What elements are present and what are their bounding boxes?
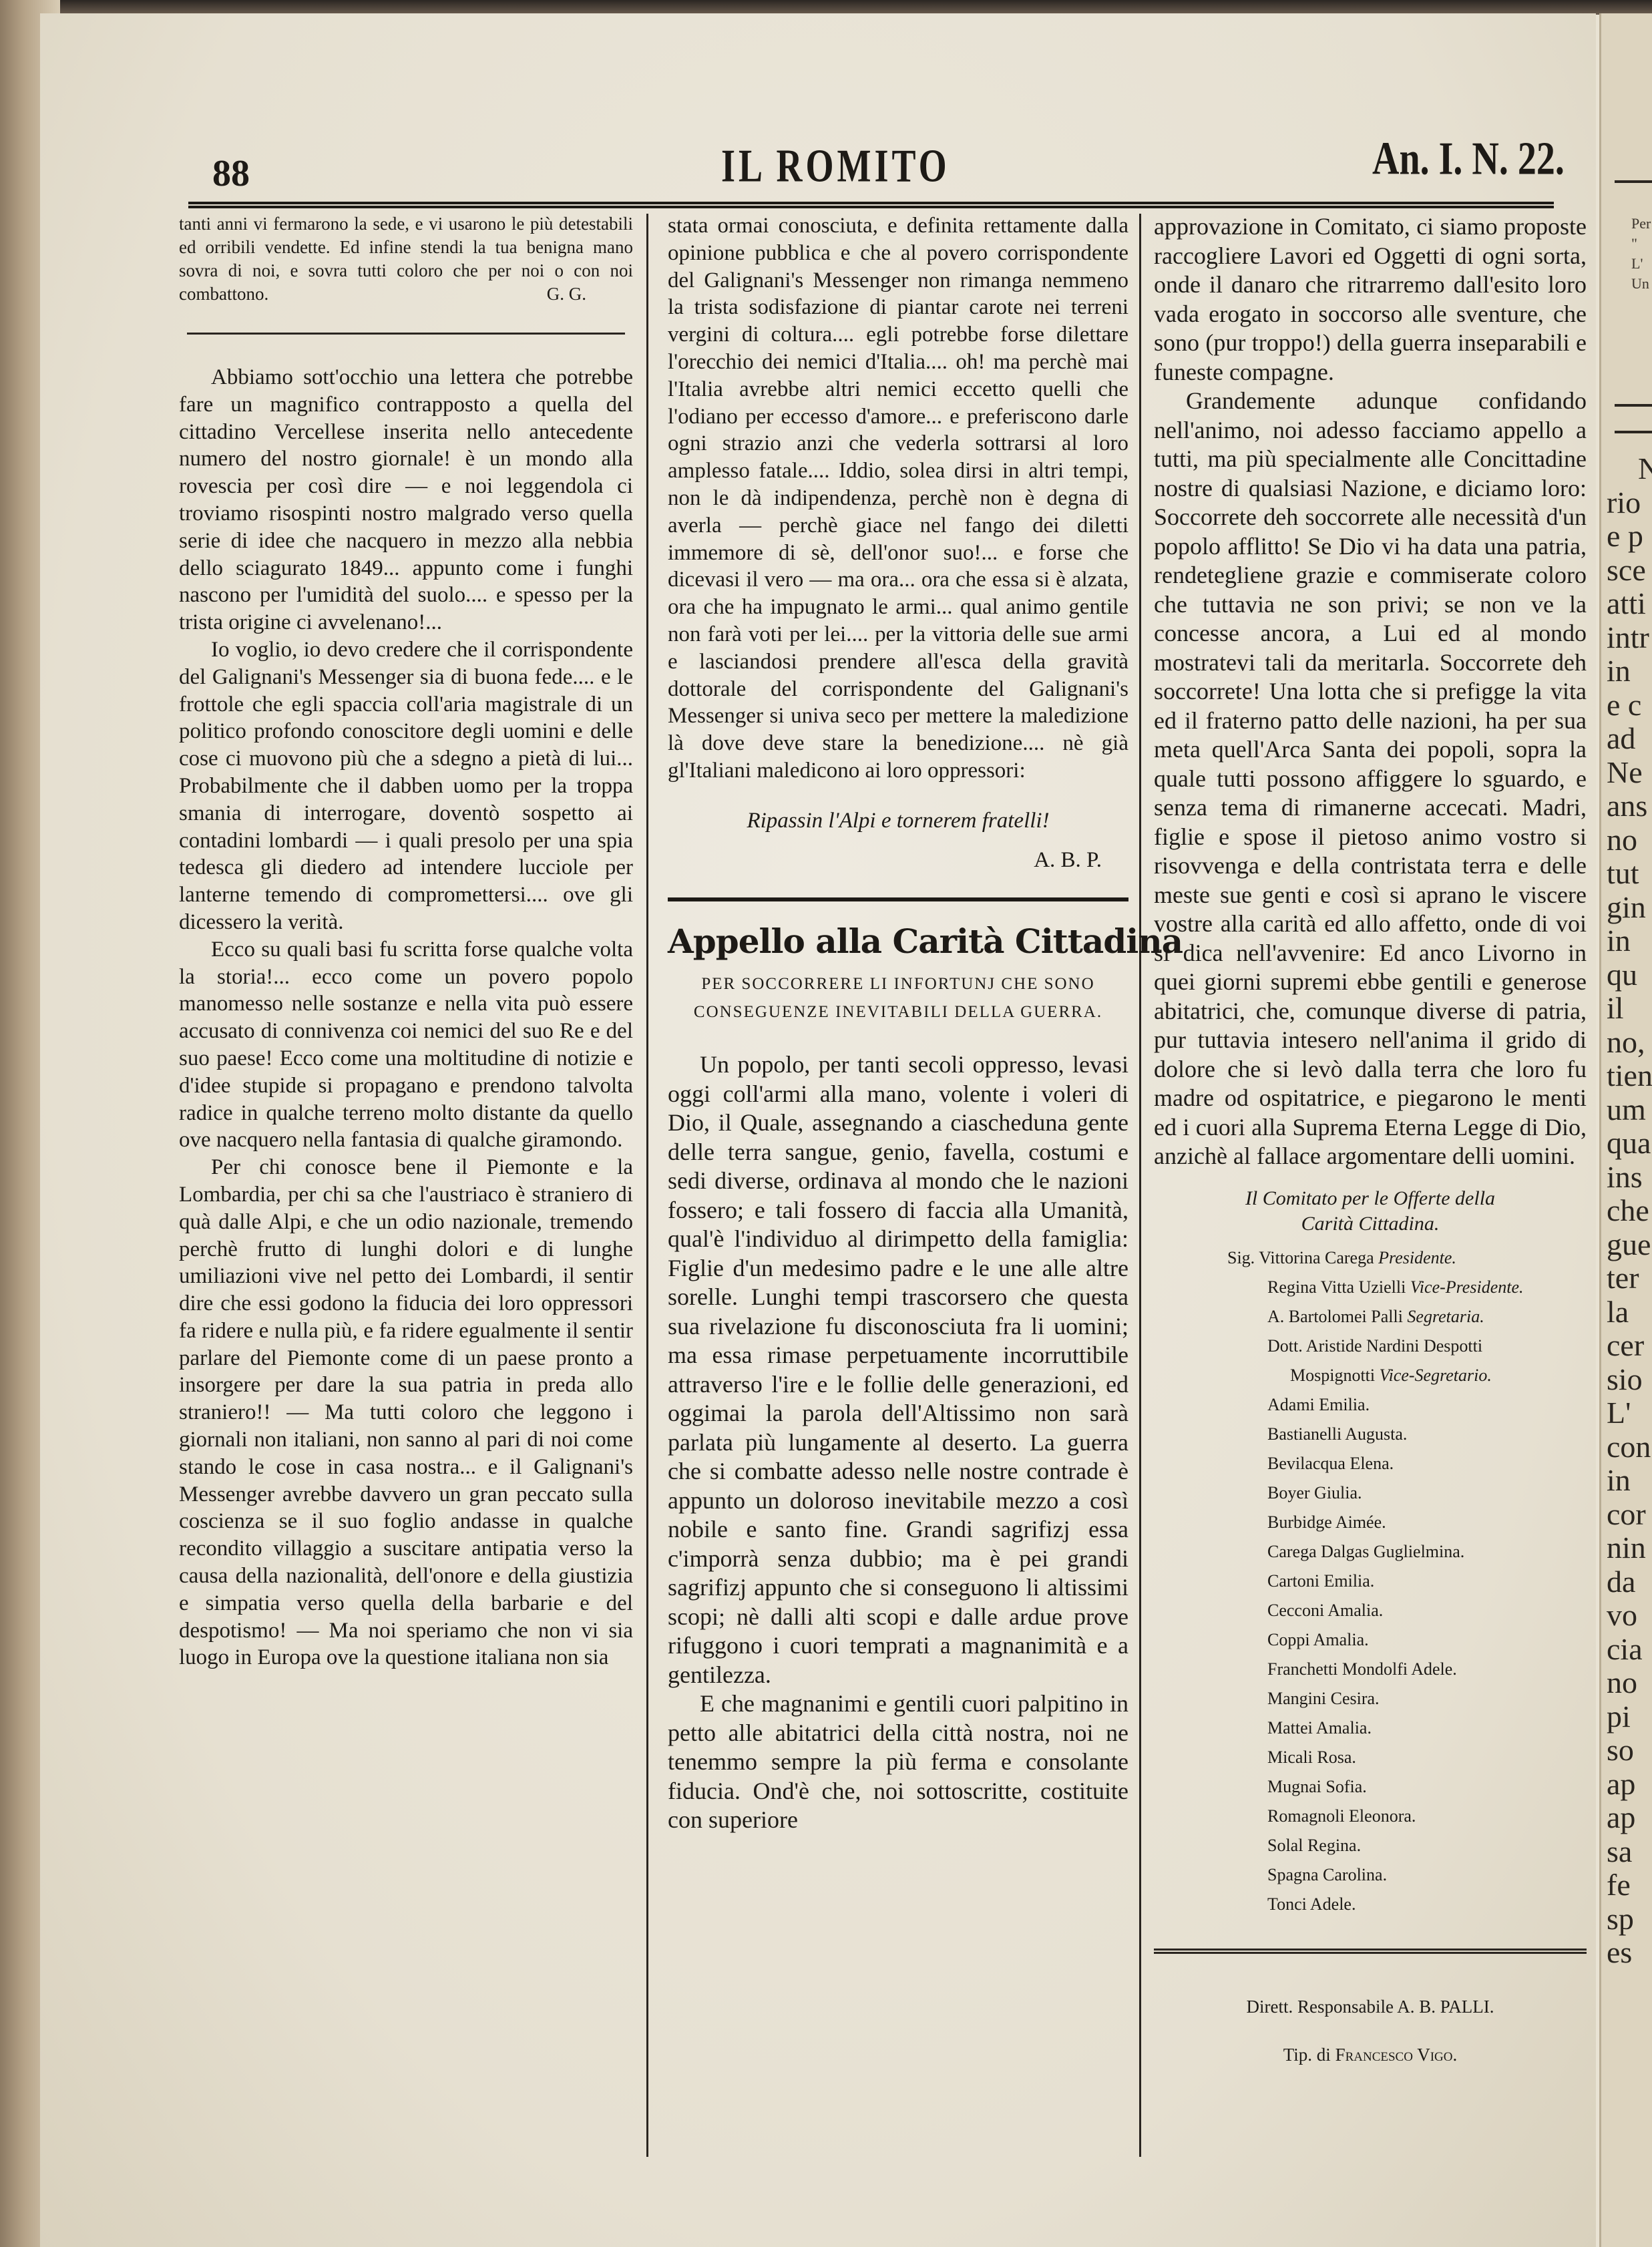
verse-quote: Ripassin l'Alpi e tornerem fratelli!	[668, 807, 1128, 835]
fragment-rule	[1615, 404, 1652, 407]
footer-double-rule	[1154, 1949, 1587, 1954]
paragraph: stata ormai conosciuta, e definita retta…	[668, 212, 1128, 785]
paragraph: Per chi conosce bene il Piemonte e la Lo…	[179, 1154, 633, 1671]
issue-number: An. I. N. 22.	[1372, 132, 1565, 186]
list-item: Sig. Vittorina Carega Presidente.	[1227, 1243, 1587, 1273]
scan-edge	[0, 0, 1652, 15]
fragment-rule	[1615, 180, 1652, 183]
paragraph: Ecco su quali basi fu scritta forse qual…	[179, 936, 633, 1154]
fragment-line: Un	[1631, 274, 1649, 294]
paragraph: E che magnanimi e gentili cuori palpitin…	[668, 1689, 1128, 1835]
article-title: Appello alla Carità Cittadina	[668, 922, 1128, 961]
responsible-director: Dirett. Responsabile A. B. PALLI.	[1154, 1995, 1587, 2018]
list-item: Spagna Carolina.	[1267, 1860, 1587, 1890]
column-divider	[1139, 214, 1141, 2157]
list-item: Micali Rosa.	[1267, 1743, 1587, 1772]
list-item: Cartoni Emilia.	[1267, 1567, 1587, 1596]
article-separator	[668, 897, 1128, 901]
list-item: Coppi Amalia.	[1267, 1625, 1587, 1655]
list-item: Cecconi Amalia.	[1267, 1596, 1587, 1625]
paragraph: Grandemente adunque confidando nell'anim…	[1154, 387, 1587, 1171]
section-rule	[187, 333, 625, 335]
paragraph: Abbiamo sott'occhio una lettera che potr…	[179, 364, 633, 636]
list-item: Mattei Amalia.	[1267, 1713, 1587, 1743]
fragment-rule	[1615, 431, 1652, 433]
fragment-line: es	[1607, 1931, 1632, 1974]
paragraph: approvazione in Comitato, ci siamo propo…	[1154, 212, 1587, 387]
committee-heading: Il Comitato per le Offerte della Carità …	[1154, 1186, 1587, 1237]
list-item: Boyer Giulia.	[1267, 1478, 1587, 1508]
list-item: Franchetti Mondolfi Adele.	[1267, 1655, 1587, 1684]
verse-text: Ripassin l'Alpi e tornerem fratelli!	[747, 809, 1049, 833]
list-item: Mospignotti Vice-Segretario.	[1267, 1361, 1587, 1390]
list-item: Romagnoli Eleonora.	[1267, 1802, 1587, 1831]
list-item: Mugnai Sofia.	[1267, 1772, 1587, 1802]
list-item: Adami Emilia.	[1267, 1390, 1587, 1420]
left-column: tanti anni vi fermarono la sede, e vi us…	[179, 212, 633, 1671]
middle-column: stata ormai conosciuta, e definita retta…	[668, 212, 1128, 1835]
list-item: Mangini Cesira.	[1267, 1684, 1587, 1713]
list-item: Tonci Adele.	[1267, 1890, 1587, 1919]
paragraph: Un popolo, per tanti secoli oppresso, le…	[668, 1050, 1128, 1689]
fragment-line: Per	[1631, 214, 1651, 234]
adjacent-page-fragment: Per " L' Un Nrioe psceattiintrine cadNea…	[1599, 13, 1652, 2247]
list-item: A. Bartolomei Palli Segretaria.	[1267, 1302, 1587, 1332]
right-column: approvazione in Comitato, ci siamo propo…	[1154, 212, 1587, 2066]
column-divider	[646, 214, 648, 2157]
committee-heading-line: Carità Cittadina.	[1154, 1211, 1587, 1237]
fragment-line: "	[1631, 234, 1637, 254]
list-item: Bevilacqua Elena.	[1267, 1449, 1587, 1478]
page-number: 88	[212, 152, 250, 195]
paragraph: Io voglio, io devo credere che il corris…	[179, 636, 633, 936]
printer-imprint: Tip. di Francesco Vigo.	[1154, 2043, 1587, 2066]
masthead-double-rule	[188, 202, 1554, 208]
newspaper-title: IL ROMITO	[721, 139, 950, 193]
list-item: Bastianelli Augusta.	[1267, 1420, 1587, 1449]
committee-heading-line: Il Comitato per le Offerte della	[1154, 1186, 1587, 1211]
list-item: Regina Vitta Uzielli Vice-Presidente.	[1267, 1273, 1587, 1302]
list-item: Carega Dalgas Guglielmina.	[1267, 1537, 1587, 1567]
signature: A. B. P.	[668, 847, 1128, 874]
list-item: Dott. Aristide Nardini Despotti	[1267, 1332, 1587, 1361]
list-item: Burbidge Aimée.	[1267, 1508, 1587, 1537]
article-subtitle: PER SOCCORRERE LI INFORTUNJ CHE SONO CON…	[668, 970, 1128, 1026]
fragment-line: L'	[1631, 254, 1643, 274]
committee-member-list: Sig. Vittorina Carega Presidente. Regina…	[1154, 1243, 1587, 1919]
list-item: Solal Regina.	[1267, 1831, 1587, 1860]
